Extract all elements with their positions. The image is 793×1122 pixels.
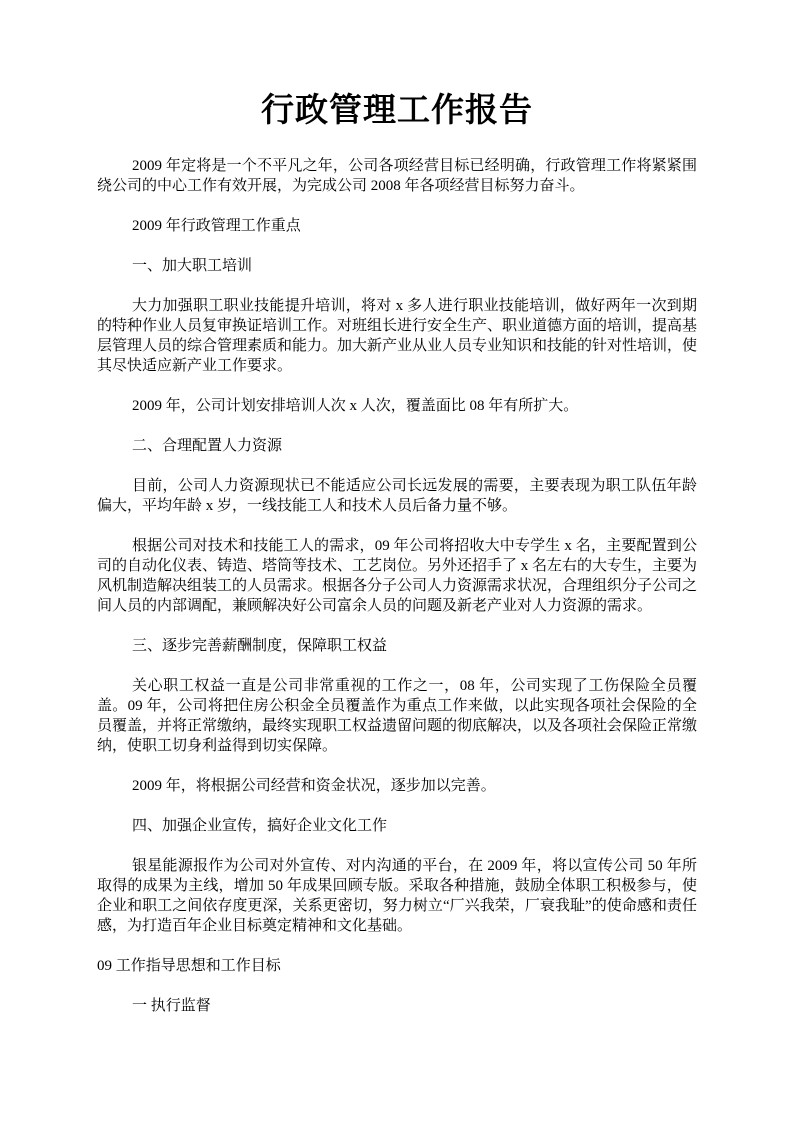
paragraph-hr-status: 目前，公司人力资源现状已不能适应公司长远发展的需要，主要表现为职工队伍年龄偏大，… xyxy=(97,476,697,516)
paragraph-intro: 2009 年定将是一个不平凡之年，公司各项经营目标已经明确，行政管理工作将紧紧围… xyxy=(97,156,697,196)
heading-2009-key-points: 2009 年行政管理工作重点 xyxy=(97,216,697,236)
document-title: 行政管理工作报告 xyxy=(97,92,697,130)
paragraph-employee-rights: 关心职工权益一直是公司非常重视的工作之一，08 年，公司实现了工伤保险全员覆盖。… xyxy=(97,676,697,756)
paragraph-recruiting: 根据公司对技术和技能工人的需求，09 年公司将招收大中专学生 x 名，主要配置到… xyxy=(97,536,697,616)
paragraph-training-plan: 2009 年，公司计划安排培训人次 x 人次，覆盖面比 08 年有所扩大。 xyxy=(97,396,697,416)
heading-section-1-training: 一、加大职工培训 xyxy=(97,256,697,276)
heading-supervision: 一 执行监督 xyxy=(97,996,697,1016)
heading-section-3-salary: 三、逐步完善薪酬制度，保障职工权益 xyxy=(97,636,697,656)
heading-guiding-thought: 09 工作指导思想和工作目标 xyxy=(97,956,697,976)
paragraph-publicity: 银星能源报作为公司对外宣传、对内沟通的平台，在 2009 年，将以宣传公司 50… xyxy=(97,856,697,936)
paragraph-training-detail: 大力加强职工职业技能提升培训，将对 x 多人进行职业技能培训，做好两年一次到期的… xyxy=(97,296,697,376)
heading-section-2-hr: 二、合理配置人力资源 xyxy=(97,436,697,456)
document-page: 行政管理工作报告 2009 年定将是一个不平凡之年，公司各项经营目标已经明确，行… xyxy=(0,0,793,1122)
paragraph-salary-improve: 2009 年，将根据公司经营和资金状况，逐步加以完善。 xyxy=(97,776,697,796)
heading-section-4-culture: 四、加强企业宣传，搞好企业文化工作 xyxy=(97,816,697,836)
